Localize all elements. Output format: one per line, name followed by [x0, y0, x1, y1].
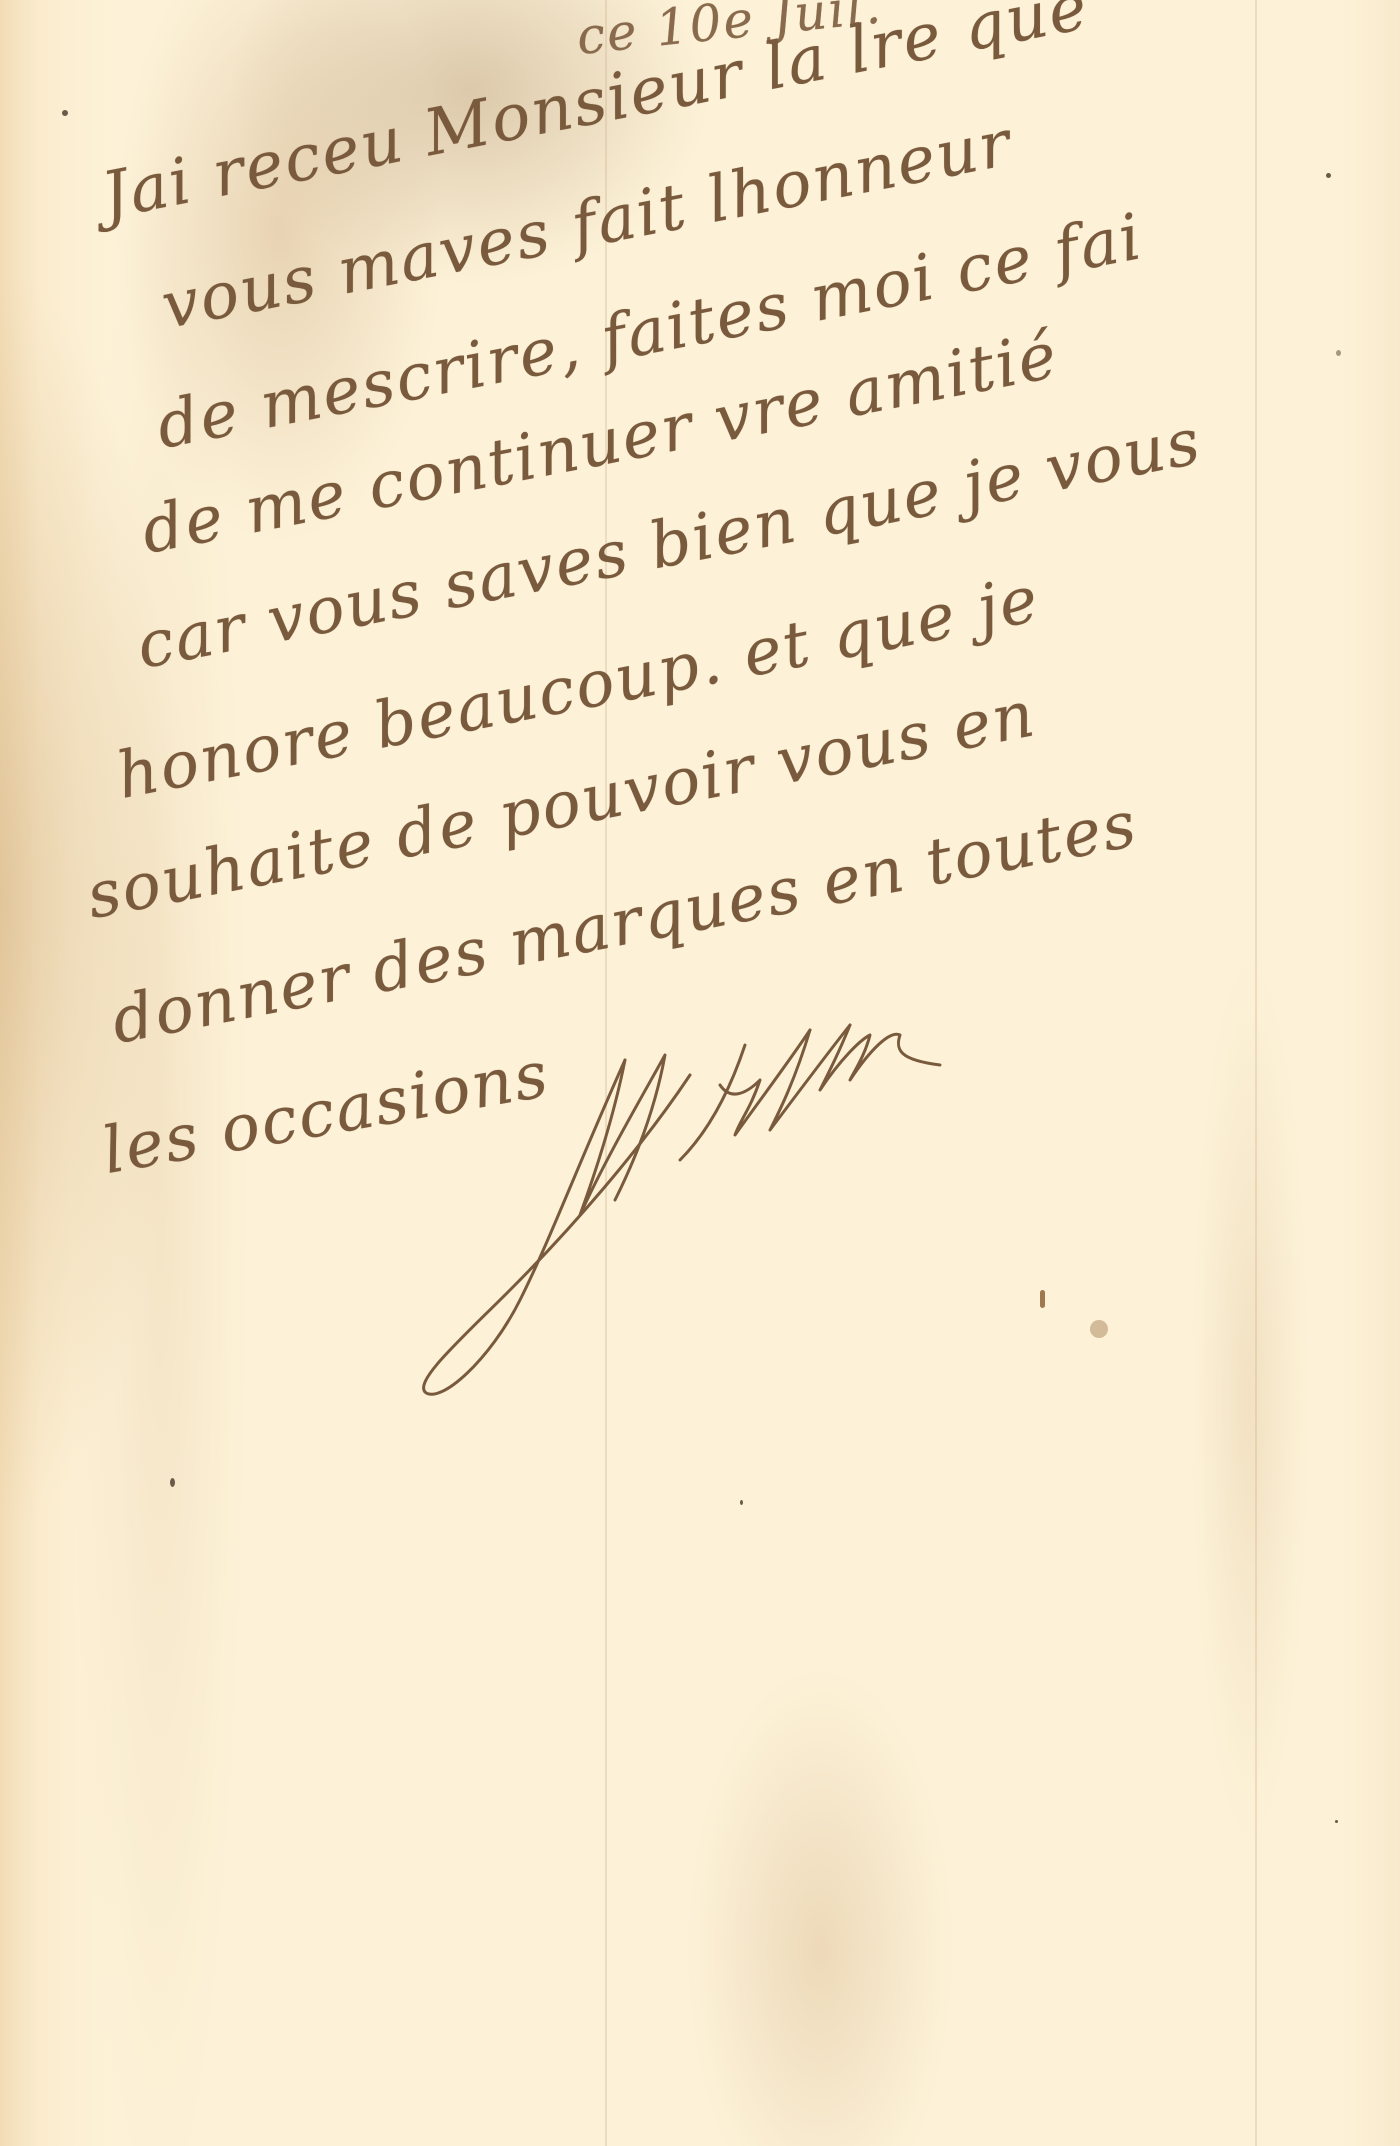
paper-speck [62, 110, 68, 116]
letter-page: ce 10e Juil. Jai receu Monsieur la lre q… [0, 0, 1400, 2146]
paper-speck [1335, 1820, 1338, 1823]
paper-speck [170, 1478, 175, 1487]
signature-flourish-icon [400, 1020, 1300, 1420]
paper-speck [740, 1500, 743, 1505]
paper-speck [1326, 173, 1331, 178]
paper-speck [1336, 350, 1341, 356]
signature [400, 1020, 1300, 1420]
